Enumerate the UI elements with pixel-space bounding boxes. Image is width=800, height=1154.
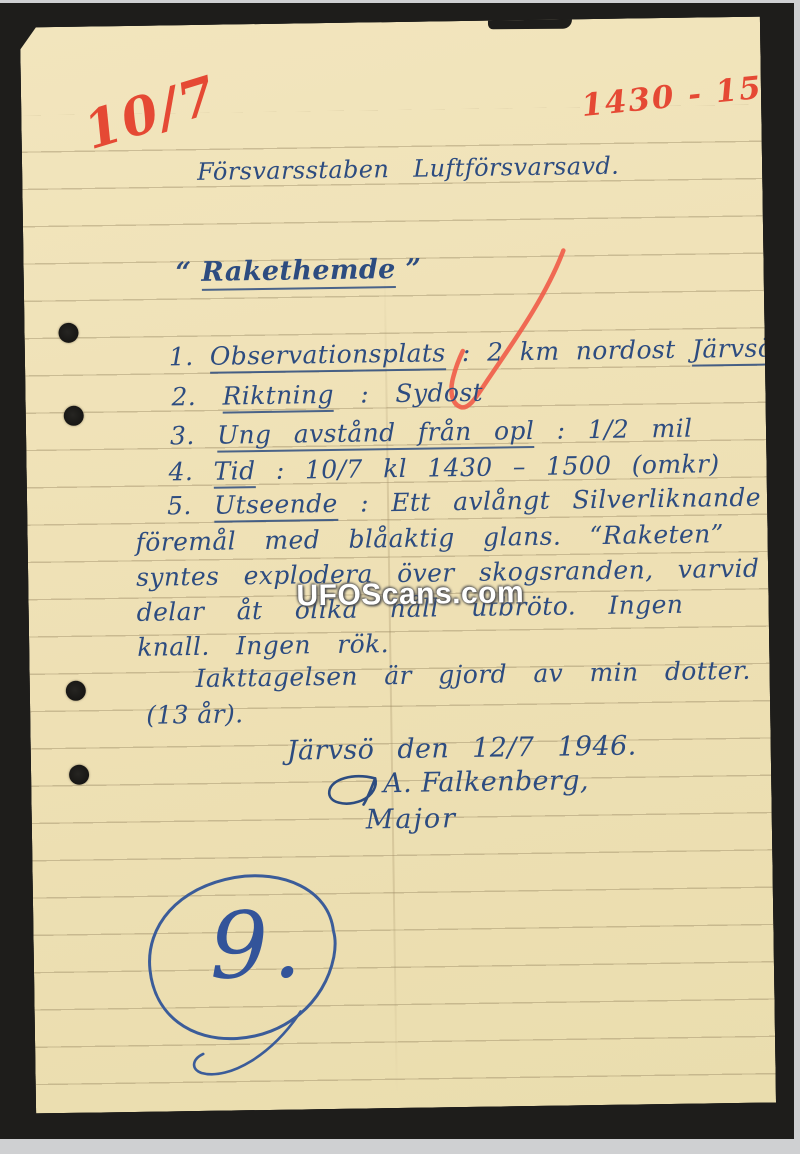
title-open-quote: “ — [175, 257, 191, 288]
punch-hole — [58, 323, 78, 343]
title-close-quote: ” — [405, 254, 421, 285]
item-sep: : — [445, 338, 487, 368]
archive-number: 9. — [209, 891, 306, 999]
closing-line: Iakttagelsen är gjord av min dotter. — [195, 657, 750, 694]
item-label: Observationsplats — [210, 338, 446, 373]
item-label: Riktning — [222, 380, 334, 414]
item-sep: : — [338, 488, 392, 518]
signature-rank: Major — [366, 803, 458, 835]
item-number: 5. — [167, 491, 192, 520]
signature: A. Falkenberg, — [383, 765, 589, 799]
item-value: Sydost — [395, 378, 483, 408]
item-value: Ett avlångt Silverliknande — [391, 483, 761, 517]
item-value: 2 km nordost — [487, 335, 692, 367]
red-date-annotation: 10/7 — [78, 65, 225, 162]
item-label: Utseende — [214, 489, 338, 523]
item-sep: : — [334, 379, 396, 409]
report-body-line: knall. Ingen rök. — [137, 630, 389, 662]
item-label: Tid — [213, 456, 255, 489]
item-value: 1/2 mil — [588, 414, 693, 445]
report-item-3: 3. Ung avstånd från opl : 1/2 mil — [170, 415, 693, 451]
punch-hole — [69, 765, 89, 785]
item-number: 1. — [169, 342, 194, 371]
watermark: UFOScans.com — [296, 576, 524, 613]
item-label: Ung avstånd från opl — [217, 416, 535, 453]
report-item-4: 4. Tid : 10/7 kl 1430 – 1500 (omkr) — [168, 450, 719, 487]
item-number: 2. — [171, 382, 196, 411]
item-sep: : — [255, 455, 305, 485]
item-number: 3. — [170, 421, 195, 450]
report-item-5: 5. Utseende : Ett avlångt Silverliknande — [167, 484, 761, 522]
title-text: Rakethemde — [201, 254, 396, 291]
document-paper: 10/7 1430 - 1500 Försvarsstaben Luftförs… — [20, 17, 776, 1114]
report-body-line: föremål med blåaktig glans. “Raketen” — [135, 520, 724, 557]
item-value: 10/7 kl 1430 – 1500 (omkr) — [305, 449, 720, 484]
report-item-2: 2. Riktning : Sydost — [171, 379, 483, 412]
punch-hole — [64, 406, 84, 426]
report-item-1: 1. Observationsplats : 2 km nordost Järv… — [169, 333, 800, 372]
item-number: 4. — [168, 457, 193, 486]
punch-hole — [66, 681, 86, 701]
report-title: “ Rakethemde ” — [175, 254, 421, 289]
header-addressee: Försvarsstaben Luftförsvarsavd. — [197, 153, 619, 187]
dateline: Järvsö den 12/7 1946. — [287, 730, 637, 766]
closing-line: (13 år). — [146, 700, 244, 730]
item-sep: : — [534, 415, 588, 445]
